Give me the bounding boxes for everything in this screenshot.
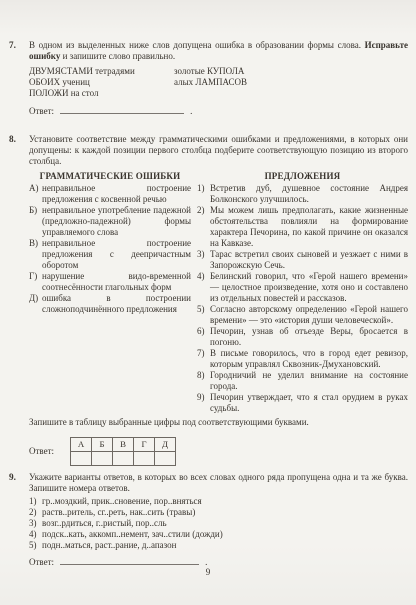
error-item-text: ошибка в построении сложноподчинённого п… bbox=[42, 293, 191, 315]
task-7-number: 7. bbox=[9, 40, 16, 51]
error-item: А)неправильное построение предложения с … bbox=[29, 183, 191, 205]
sentence-item-text: Городничий не уделил внимание на состоян… bbox=[210, 370, 408, 392]
task-7-word-list: ДВУМЯСТАМИ тетрадями ОБОИХ учениц ПОЛОЖИ… bbox=[29, 66, 408, 99]
sentence-item: 2)Мы можем лишь предполагать, какие жизн… bbox=[197, 205, 408, 249]
option-item-text: возг..рдиться, г..ристый, пор..сль bbox=[42, 518, 167, 529]
task-8-answer-label: Ответ: bbox=[29, 446, 54, 457]
task-8-sentences-column: ПРЕДЛОЖЕНИЯ 1)Встретив дуб, душевное сос… bbox=[197, 171, 408, 414]
task-8-number: 8. bbox=[9, 134, 16, 145]
error-item-label: В) bbox=[29, 238, 42, 271]
answer-table-value-row bbox=[71, 452, 176, 466]
sentence-item-label: 8) bbox=[197, 370, 210, 392]
task-7-answer-line: Ответ:. bbox=[29, 105, 408, 117]
errors-column-header: ГРАММАТИЧЕСКИЕ ОШИБКИ bbox=[29, 171, 191, 182]
sentences-column-header: ПРЕДЛОЖЕНИЯ bbox=[197, 171, 408, 182]
task-9-instruction: Укажите варианты ответов, в которых во в… bbox=[29, 472, 408, 494]
error-item-label: Б) bbox=[29, 205, 42, 238]
option-item: 4)подск..кать, аккомп..немент, зач..стил… bbox=[29, 529, 408, 540]
sentence-item-text: Мы можем лишь предполагать, какие жизнен… bbox=[210, 205, 408, 249]
answer-table-header-cell: В bbox=[113, 438, 134, 452]
task-8: 8. Установите соответствие между граммат… bbox=[29, 134, 408, 466]
sentence-item-text: Согласно авторскому определению «Герой н… bbox=[210, 304, 408, 326]
task-9-number: 9. bbox=[9, 472, 16, 483]
task-8-note: Запишите в таблицу выбранные цифры под с… bbox=[29, 417, 408, 428]
task-7: 7. В одном из выделенных ниже слов допущ… bbox=[29, 40, 408, 117]
error-item: Д)ошибка в построении сложноподчинённого… bbox=[29, 293, 191, 315]
sentence-item-label: 2) bbox=[197, 205, 210, 249]
word-option: ДВУМЯСТАМИ тетрадями bbox=[29, 66, 174, 77]
sentence-item: 9)Печорин утверждает, что я стал орудием… bbox=[197, 392, 408, 414]
option-item-label: 5) bbox=[29, 540, 42, 551]
task-7-instruction-end: и запишите слово правильно. bbox=[60, 51, 175, 61]
task-9-answer-blank[interactable] bbox=[60, 556, 199, 565]
page-number: 9 bbox=[0, 567, 416, 578]
task-8-instruction: Установите соответствие между грамматиче… bbox=[29, 134, 408, 167]
error-item-label: А) bbox=[29, 183, 42, 205]
word-option: ПОЛОЖИ на стол bbox=[29, 88, 174, 99]
error-item: Б)неправильное употребление падежной (пр… bbox=[29, 205, 191, 238]
task-9-answer-period: . bbox=[205, 557, 207, 567]
error-item-text: неправильное построение предложения с де… bbox=[42, 238, 191, 271]
option-item-text: подн..маться, раст..рание, д..апазон bbox=[42, 540, 176, 551]
task-8-answer-table: А Б В Г Д bbox=[70, 437, 176, 466]
sentence-item: 3)Тарас встретил своих сыновей и уезжает… bbox=[197, 249, 408, 271]
word-option: золотые КУПОЛА bbox=[174, 66, 408, 77]
answer-table-value-cell[interactable] bbox=[113, 452, 134, 466]
sentence-item-label: 3) bbox=[197, 249, 210, 271]
sentence-item-label: 5) bbox=[197, 304, 210, 326]
task-9: 9. Укажите варианты ответов, в которых в… bbox=[29, 472, 408, 568]
sentence-item: 5)Согласно авторскому определению «Герой… bbox=[197, 304, 408, 326]
error-item-text: неправильное употребление падежной (пред… bbox=[42, 205, 191, 238]
sentence-item-label: 4) bbox=[197, 271, 210, 304]
option-item-label: 4) bbox=[29, 529, 42, 540]
sentence-item: 7)В письме говорилось, что в город едет … bbox=[197, 348, 408, 370]
sentence-item-text: Печорин утверждает, что я стал орудием в… bbox=[210, 392, 408, 414]
task-7-instruction: В одном из выделенных ниже слов допущена… bbox=[29, 40, 408, 62]
answer-table-value-cell[interactable] bbox=[92, 452, 113, 466]
answer-table-header-cell: Д bbox=[155, 438, 176, 452]
sentence-item: 4)Белинский говорил, что «Герой нашего в… bbox=[197, 271, 408, 304]
sentence-item: 6)Печорин, узнав об отъезде Веры, бросае… bbox=[197, 326, 408, 348]
option-item-text: раств..ритель, сг..реть, нак..сить (трав… bbox=[42, 507, 195, 518]
option-item: 5)подн..маться, раст..рание, д..апазон bbox=[29, 540, 408, 551]
option-item-label: 1) bbox=[29, 496, 42, 507]
task-8-answer-row: Ответ: А Б В Г Д bbox=[29, 437, 408, 466]
option-item: 3)возг..рдиться, г..ристый, пор..сль bbox=[29, 518, 408, 529]
option-item: 2)раств..ритель, сг..реть, нак..сить (тр… bbox=[29, 507, 408, 518]
sentence-item-label: 6) bbox=[197, 326, 210, 348]
sentence-item-text: Тарас встретил своих сыновей и уезжает с… bbox=[210, 249, 408, 271]
answer-table-header-cell: А bbox=[71, 438, 92, 452]
word-option: ОБОИХ учениц bbox=[29, 77, 174, 88]
option-item-label: 2) bbox=[29, 507, 42, 518]
sentence-item-label: 1) bbox=[197, 183, 210, 205]
sentence-item: 8)Городничий не уделил внимание на состо… bbox=[197, 370, 408, 392]
error-item-label: Г) bbox=[29, 271, 42, 293]
task-7-word-column-1: ДВУМЯСТАМИ тетрадями ОБОИХ учениц ПОЛОЖИ… bbox=[29, 66, 174, 99]
sentence-item-label: 9) bbox=[197, 392, 210, 414]
task-8-errors-column: ГРАММАТИЧЕСКИЕ ОШИБКИ А)неправильное пос… bbox=[29, 171, 191, 414]
option-item-label: 3) bbox=[29, 518, 42, 529]
answer-table-header-row: А Б В Г Д bbox=[71, 438, 176, 452]
task-7-answer-period: . bbox=[190, 106, 192, 116]
option-item-text: гр..моздкий, прик..сновение, пор..внятьс… bbox=[42, 496, 202, 507]
task-8-matching-columns: ГРАММАТИЧЕСКИЕ ОШИБКИ А)неправильное пос… bbox=[29, 171, 408, 414]
error-item: Г)нарушение видо-временной соотнесённост… bbox=[29, 271, 191, 293]
task-7-answer-label: Ответ: bbox=[29, 106, 54, 117]
error-item-text: нарушение видо-временной соотнесённости … bbox=[42, 271, 191, 293]
sentence-item-label: 7) bbox=[197, 348, 210, 370]
exam-page: 7. В одном из выделенных ниже слов допущ… bbox=[0, 0, 416, 605]
error-item-text: неправильное построение предложения с ко… bbox=[42, 183, 191, 205]
task-9-options: 1)гр..моздкий, прик..сновение, пор..внят… bbox=[29, 496, 408, 551]
task-7-answer-blank[interactable] bbox=[60, 105, 184, 114]
answer-table-value-cell[interactable] bbox=[134, 452, 155, 466]
task-7-word-column-2: золотые КУПОЛА алых ЛАМПАСОВ bbox=[174, 66, 408, 99]
sentence-item-text: В письме говорилось, что в город едет ре… bbox=[210, 348, 408, 370]
sentence-item: 1)Встретив дуб, душевное состояние Андре… bbox=[197, 183, 408, 205]
option-item-text: подск..кать, аккомп..немент, зач..стили … bbox=[42, 529, 223, 540]
task-7-instruction-start: В одном из выделенных ниже слов допущена… bbox=[29, 40, 365, 50]
answer-table-value-cell[interactable] bbox=[71, 452, 92, 466]
error-item-label: Д) bbox=[29, 293, 42, 315]
answer-table-header-cell: Б bbox=[92, 438, 113, 452]
option-item: 1)гр..моздкий, прик..сновение, пор..внят… bbox=[29, 496, 408, 507]
word-option: алых ЛАМПАСОВ bbox=[174, 77, 408, 88]
error-item: В)неправильное построение предложения с … bbox=[29, 238, 191, 271]
sentence-item-text: Печорин, узнав об отъезде Веры, бросаетс… bbox=[210, 326, 408, 348]
answer-table-value-cell[interactable] bbox=[155, 452, 176, 466]
sentence-item-text: Встретив дуб, душевное состояние Андрея … bbox=[210, 183, 408, 205]
sentence-item-text: Белинский говорил, что «Герой нашего вре… bbox=[210, 271, 408, 304]
answer-table-header-cell: Г bbox=[134, 438, 155, 452]
